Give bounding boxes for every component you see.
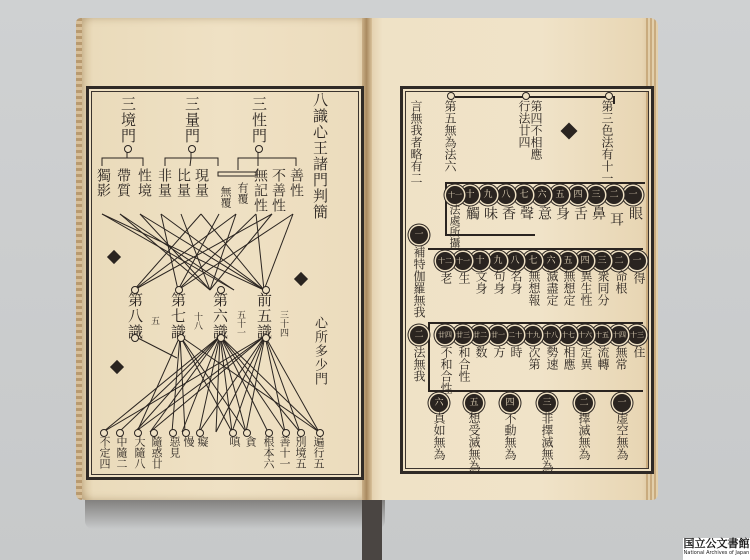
category-bearing-substance: 帶質 <box>115 168 130 198</box>
factor-flux: 流轉 <box>596 346 609 370</box>
number-badge: 五 <box>559 252 577 270</box>
factor-wrong-view: 惡見 <box>168 436 180 458</box>
factor-impermanence: 無常 <box>614 346 627 370</box>
category-non-valid: 非量 <box>156 168 171 198</box>
category-unobscured: 無覆 <box>219 186 231 208</box>
number-badge: 二 <box>610 252 628 270</box>
object-taste: 味 <box>482 206 497 221</box>
factor-middle-secondary: 中隨二 <box>115 436 127 469</box>
header-node <box>605 92 613 100</box>
number-badge: 廿二 <box>471 326 489 344</box>
factor-commonality: 衆同分 <box>596 270 609 306</box>
object-sound: 聲 <box>518 206 533 221</box>
unconditioned-analytical-cessation: 擇滅無為 <box>577 412 590 460</box>
left-page-subtitle: 心所多少門 <box>312 316 327 386</box>
number-badge: 八 <box>497 186 515 204</box>
no-self-dharma: 法無我 <box>412 346 425 382</box>
factor-ordinary-nature: 異生性 <box>579 270 592 306</box>
category-real-object: 性境 <box>136 168 151 198</box>
consciousness-first-five: 前五識 <box>256 292 272 340</box>
header-non-associated-dharmas: 第四不相應行法廿四 <box>518 100 542 160</box>
sense-tongue: 舌 <box>572 206 587 221</box>
watermark-japanese: 国立公文書館 <box>683 538 750 550</box>
category-non-good-nature: 不善性 <box>270 168 285 213</box>
header-unconditioned-dharmas: 第五無為法六 <box>444 100 456 172</box>
number-badge: 廿四 <box>436 326 454 344</box>
number-badge: 九 <box>479 186 497 204</box>
number-badge: 十一 <box>454 252 472 270</box>
factor-distinction: 定異 <box>579 346 592 370</box>
factor-object-specific: 別境五 <box>294 436 306 469</box>
number-badge: 二十 <box>506 326 524 344</box>
number-badge: 六 <box>430 394 448 412</box>
factor-sequence: 次第 <box>527 346 540 370</box>
unconditioned-non-analytical-cessation: 非擇滅無為 <box>540 412 553 472</box>
number-badge: 十 <box>471 252 489 270</box>
factor-major-secondary: 大隨八 <box>133 436 145 469</box>
factor-abiding: 住 <box>632 346 645 358</box>
no-self-person: 補特伽羅無我 <box>412 246 425 318</box>
consciousness-eighth: 第八識 <box>127 292 143 340</box>
category-mere-image: 獨影 <box>95 168 110 198</box>
gate-node <box>255 145 263 153</box>
gate-node <box>188 145 196 153</box>
factor-pride: 慢 <box>182 436 194 447</box>
factor-pervasive: 遍行五 <box>312 436 324 469</box>
sense-mind: 意 <box>536 206 551 221</box>
unconditioned-immovable: 不動無為 <box>503 412 516 460</box>
number-badge: 三 <box>587 186 605 204</box>
number-badge: 五 <box>551 186 569 204</box>
number-badge: 三 <box>593 252 611 270</box>
consciousness-bottom-node <box>262 334 270 342</box>
unconditioned-suchness: 真如無為 <box>432 412 445 460</box>
number-badge: 十七 <box>559 326 577 344</box>
side-note-no-self: 言無我者略有二 <box>410 100 422 184</box>
factor-direction: 方 <box>492 346 505 358</box>
header-node <box>447 92 455 100</box>
number-badge: 四 <box>569 186 587 204</box>
number-badge: 二 <box>575 394 593 412</box>
factor-birth: 生 <box>457 272 470 284</box>
sense-eye: 眼 <box>627 206 642 221</box>
consciousness-seventh: 第七識 <box>170 292 186 340</box>
number-badge: 八 <box>506 252 524 270</box>
object-touch: 觸 <box>464 206 479 221</box>
number-badge: 一 <box>410 226 428 244</box>
number-badge: 廿三 <box>454 326 472 344</box>
row3-top-line <box>428 322 643 324</box>
number-badge: 一 <box>613 394 631 412</box>
factor-correspondence: 相應 <box>562 346 575 370</box>
number-badge: 二 <box>605 186 623 204</box>
consciousness-sixth-count: 五十一 <box>235 310 245 337</box>
category-direct-perception: 現量 <box>193 168 208 198</box>
number-badge: 十九 <box>524 326 542 344</box>
category-neutral-nature: 無記性 <box>252 168 267 213</box>
consciousness-bottom-node <box>177 334 185 342</box>
factor-ignorance: 癡 <box>196 436 208 447</box>
factor-time: 時 <box>509 346 522 358</box>
number-badge: 四 <box>576 252 594 270</box>
factor-no-thought-absorption: 無想定 <box>562 270 575 306</box>
sense-nose: 鼻 <box>590 206 605 221</box>
category-obscured: 有覆 <box>236 182 248 204</box>
consciousness-sixth: 第六識 <box>212 292 228 340</box>
number-badge: 十八 <box>542 326 560 344</box>
watermark-english: National Archives of Japan <box>683 550 750 557</box>
sense-body: 身 <box>554 206 569 221</box>
number-badge: 三 <box>538 394 556 412</box>
gate-node <box>124 145 132 153</box>
number-badge: 四 <box>501 394 519 412</box>
consciousness-eighth-count: 五 <box>149 316 159 325</box>
left-page-title: 八識心王諸門判簡 <box>312 92 328 220</box>
factor-non-combination: 不和合性 <box>439 346 452 394</box>
category-good-nature: 善性 <box>288 168 303 198</box>
number-badge: 六 <box>533 186 551 204</box>
gate-three-objects: 三境門 <box>119 96 136 144</box>
number-badge: 廿一 <box>489 326 507 344</box>
number-badge: 九 <box>489 252 507 270</box>
factor-number: 数 <box>474 346 487 358</box>
factor-life-faculty: 命根 <box>614 270 627 294</box>
factor-cessation-absorption: 滅盡定 <box>545 270 558 306</box>
row3-left-line <box>428 322 430 390</box>
category-inference: 比量 <box>175 168 190 198</box>
factor-anger: 嗔 <box>228 436 240 447</box>
gate-three-natures: 三性門 <box>250 96 267 144</box>
factor-indeterminate: 不定四 <box>98 436 110 469</box>
factor-aging: 老 <box>439 272 452 284</box>
factor-root-afflictions: 根本六 <box>262 436 274 469</box>
factor-phrase-body: 句身 <box>492 270 505 294</box>
number-badge: 十二 <box>436 252 454 270</box>
unconditioned-space: 虚空無為 <box>615 412 628 460</box>
archive-watermark: 国立公文書館 National Archives of Japan <box>683 538 750 560</box>
number-badge: 十五 <box>593 326 611 344</box>
sense-ear: 耳 <box>608 212 623 227</box>
unconditioned-top-line <box>428 390 643 392</box>
factor-no-thought-reward: 無想報 <box>527 270 540 306</box>
consciousness-bottom-node <box>131 334 139 342</box>
consciousness-first-five-count: 三十四 <box>278 310 288 337</box>
number-badge: 五 <box>465 394 483 412</box>
row2-top-line <box>428 248 643 250</box>
number-badge: 二 <box>410 326 428 344</box>
factor-speed: 勢速 <box>545 346 558 370</box>
number-badge: 一 <box>628 252 646 270</box>
number-badge: 一 <box>624 186 642 204</box>
object-dharma-realm: 法處所攝 <box>448 204 460 248</box>
header-connector <box>455 96 612 98</box>
factor-combination: 和合性 <box>457 346 470 382</box>
number-badge: 七 <box>515 186 533 204</box>
number-badge: 七 <box>524 252 542 270</box>
header-node <box>522 92 530 100</box>
row1-top-line <box>445 182 645 184</box>
unconditioned-cessation-perception-feeling: 想受滅無為 <box>467 412 480 472</box>
number-badge: 十四 <box>610 326 628 344</box>
header-form-dharmas: 第三色法有十一 <box>601 100 613 184</box>
factor-virtuous: 善十一 <box>278 436 290 469</box>
number-badge: 十一 <box>446 186 464 204</box>
consciousness-seventh-count: 十八 <box>192 312 202 330</box>
number-badge: 十三 <box>628 326 646 344</box>
factor-name-body: 名身 <box>509 270 522 294</box>
number-badge: 十六 <box>576 326 594 344</box>
factor-attainment: 得 <box>632 272 645 284</box>
number-badge: 六 <box>542 252 560 270</box>
consciousness-bottom-node <box>217 334 225 342</box>
factor-secondary-afflictions: 隨惑廿 <box>150 436 162 469</box>
factor-letter-body: 文身 <box>474 270 487 294</box>
gate-three-valid-cognitions: 三量門 <box>183 96 200 144</box>
factor-greed: 貪 <box>244 436 256 447</box>
object-smell: 香 <box>500 206 515 221</box>
